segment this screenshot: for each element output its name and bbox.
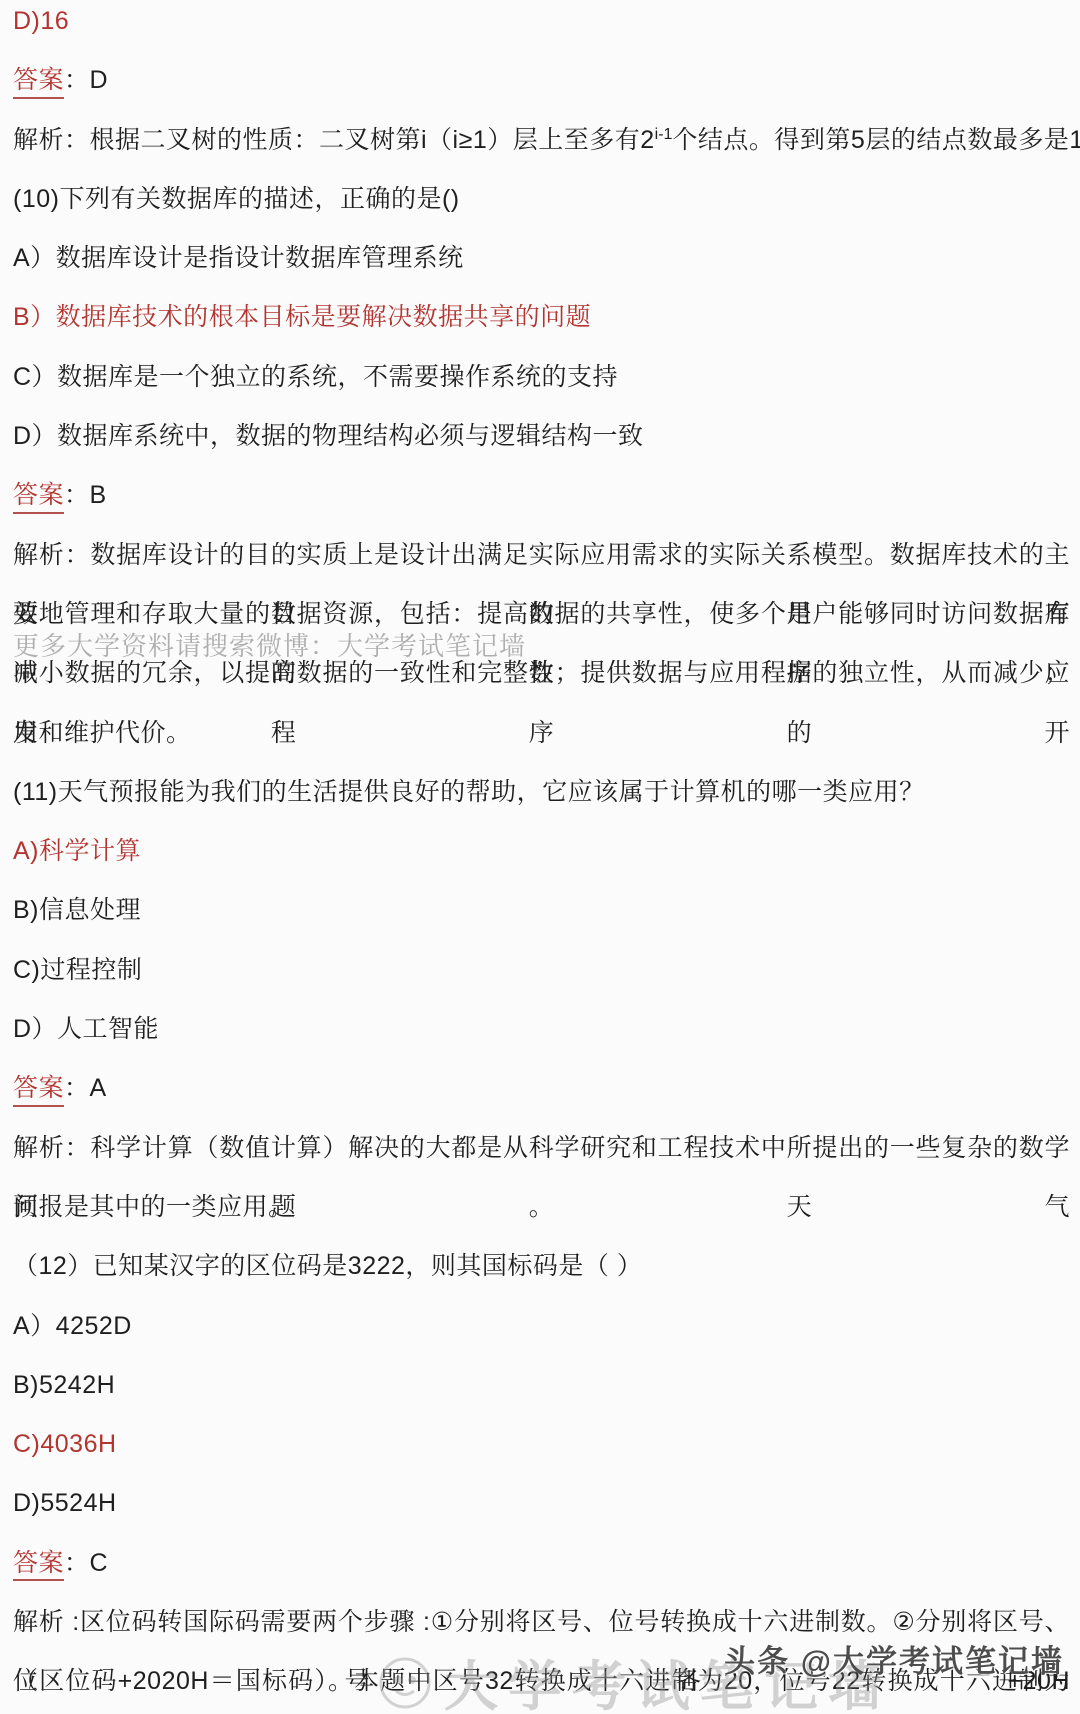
exam-answer-page: { "colors": { "background": "#fbfbfb", "…	[0, 0, 1080, 1714]
q11-analysis-line-1: 解析：科学计算（数值计算）解决的大都是从科学研究和工程技术中所提出的一些复杂的数…	[13, 1119, 1070, 1178]
q9-answer-line: 答案：D	[13, 51, 1070, 110]
q12-option-c: C)4036H	[13, 1415, 1070, 1474]
q12-option-d: D)5524H	[13, 1474, 1070, 1533]
answer-label: 答案	[13, 1074, 64, 1107]
answer-value: ：A	[64, 1074, 107, 1102]
q9-option-d: D)16	[13, 0, 1070, 51]
watermark-weibo-note: 更多大学资料请搜索微博：大学考试笔记墙	[13, 626, 526, 663]
q11-option-a: A)科学计算	[13, 822, 1070, 881]
q10-question: (10)下列有关数据库的描述，正确的是()	[13, 170, 1070, 229]
q10-analysis-line-1: 解析：数据库设计的目的实质上是设计出满足实际应用需求的实际关系模型。数据库技术的…	[13, 526, 1070, 585]
q12-option-b: B)5242H	[13, 1356, 1070, 1415]
watermark-toutiao-handle: 头条 @大学考试笔记墙	[724, 1636, 1064, 1681]
analysis-text: 个结点。得到第5层的结点数最多是16个。	[672, 126, 1080, 154]
q12-answer-line: 答案：C	[13, 1534, 1070, 1593]
exam-document: D)16 答案：D 解析：根据二叉树的性质：二叉树第i（i≥1）层上至多有2i-…	[0, 0, 1080, 1712]
superscript-exponent: i-1	[655, 126, 673, 143]
answer-label: 答案	[13, 481, 64, 514]
analysis-text: 解析：根据二叉树的性质：二叉树第i（i≥1）层上至多有2	[13, 126, 655, 154]
answer-label: 答案	[13, 66, 64, 99]
q10-option-a: A）数据库设计是指设计数据库管理系统	[13, 229, 1070, 288]
q12-option-a: A）4252D	[13, 1297, 1070, 1356]
answer-label: 答案	[13, 1549, 64, 1582]
q10-option-b: B）数据库技术的根本目标是要解决数据共享的问题	[13, 288, 1070, 347]
q10-answer-line: 答案：B	[13, 466, 1070, 525]
answer-value: ：C	[64, 1549, 108, 1577]
notebook-wall-logo-icon	[378, 1656, 432, 1710]
q10-option-d: D）数据库系统中，数据的物理结构必须与逻辑结构一致	[13, 407, 1070, 466]
q10-option-c: C）数据库是一个独立的系统，不需要操作系统的支持	[13, 348, 1070, 407]
q11-option-c: C)过程控制	[13, 941, 1070, 1000]
q11-option-b: B)信息处理	[13, 881, 1070, 940]
q11-option-d: D）人工智能	[13, 1000, 1070, 1059]
q11-answer-line: 答案：A	[13, 1059, 1070, 1118]
answer-value: ：B	[64, 481, 107, 509]
q9-analysis-line: 解析：根据二叉树的性质：二叉树第i（i≥1）层上至多有2i-1个结点。得到第5层…	[13, 111, 1070, 170]
q12-question: （12）已知某汉字的区位码是3222，则其国标码是（ ）	[13, 1237, 1070, 1296]
q11-question: (11)天气预报能为我们的生活提供良好的帮助，它应该属于计算机的哪一类应用？	[13, 763, 1070, 822]
answer-value: ：D	[64, 66, 108, 94]
